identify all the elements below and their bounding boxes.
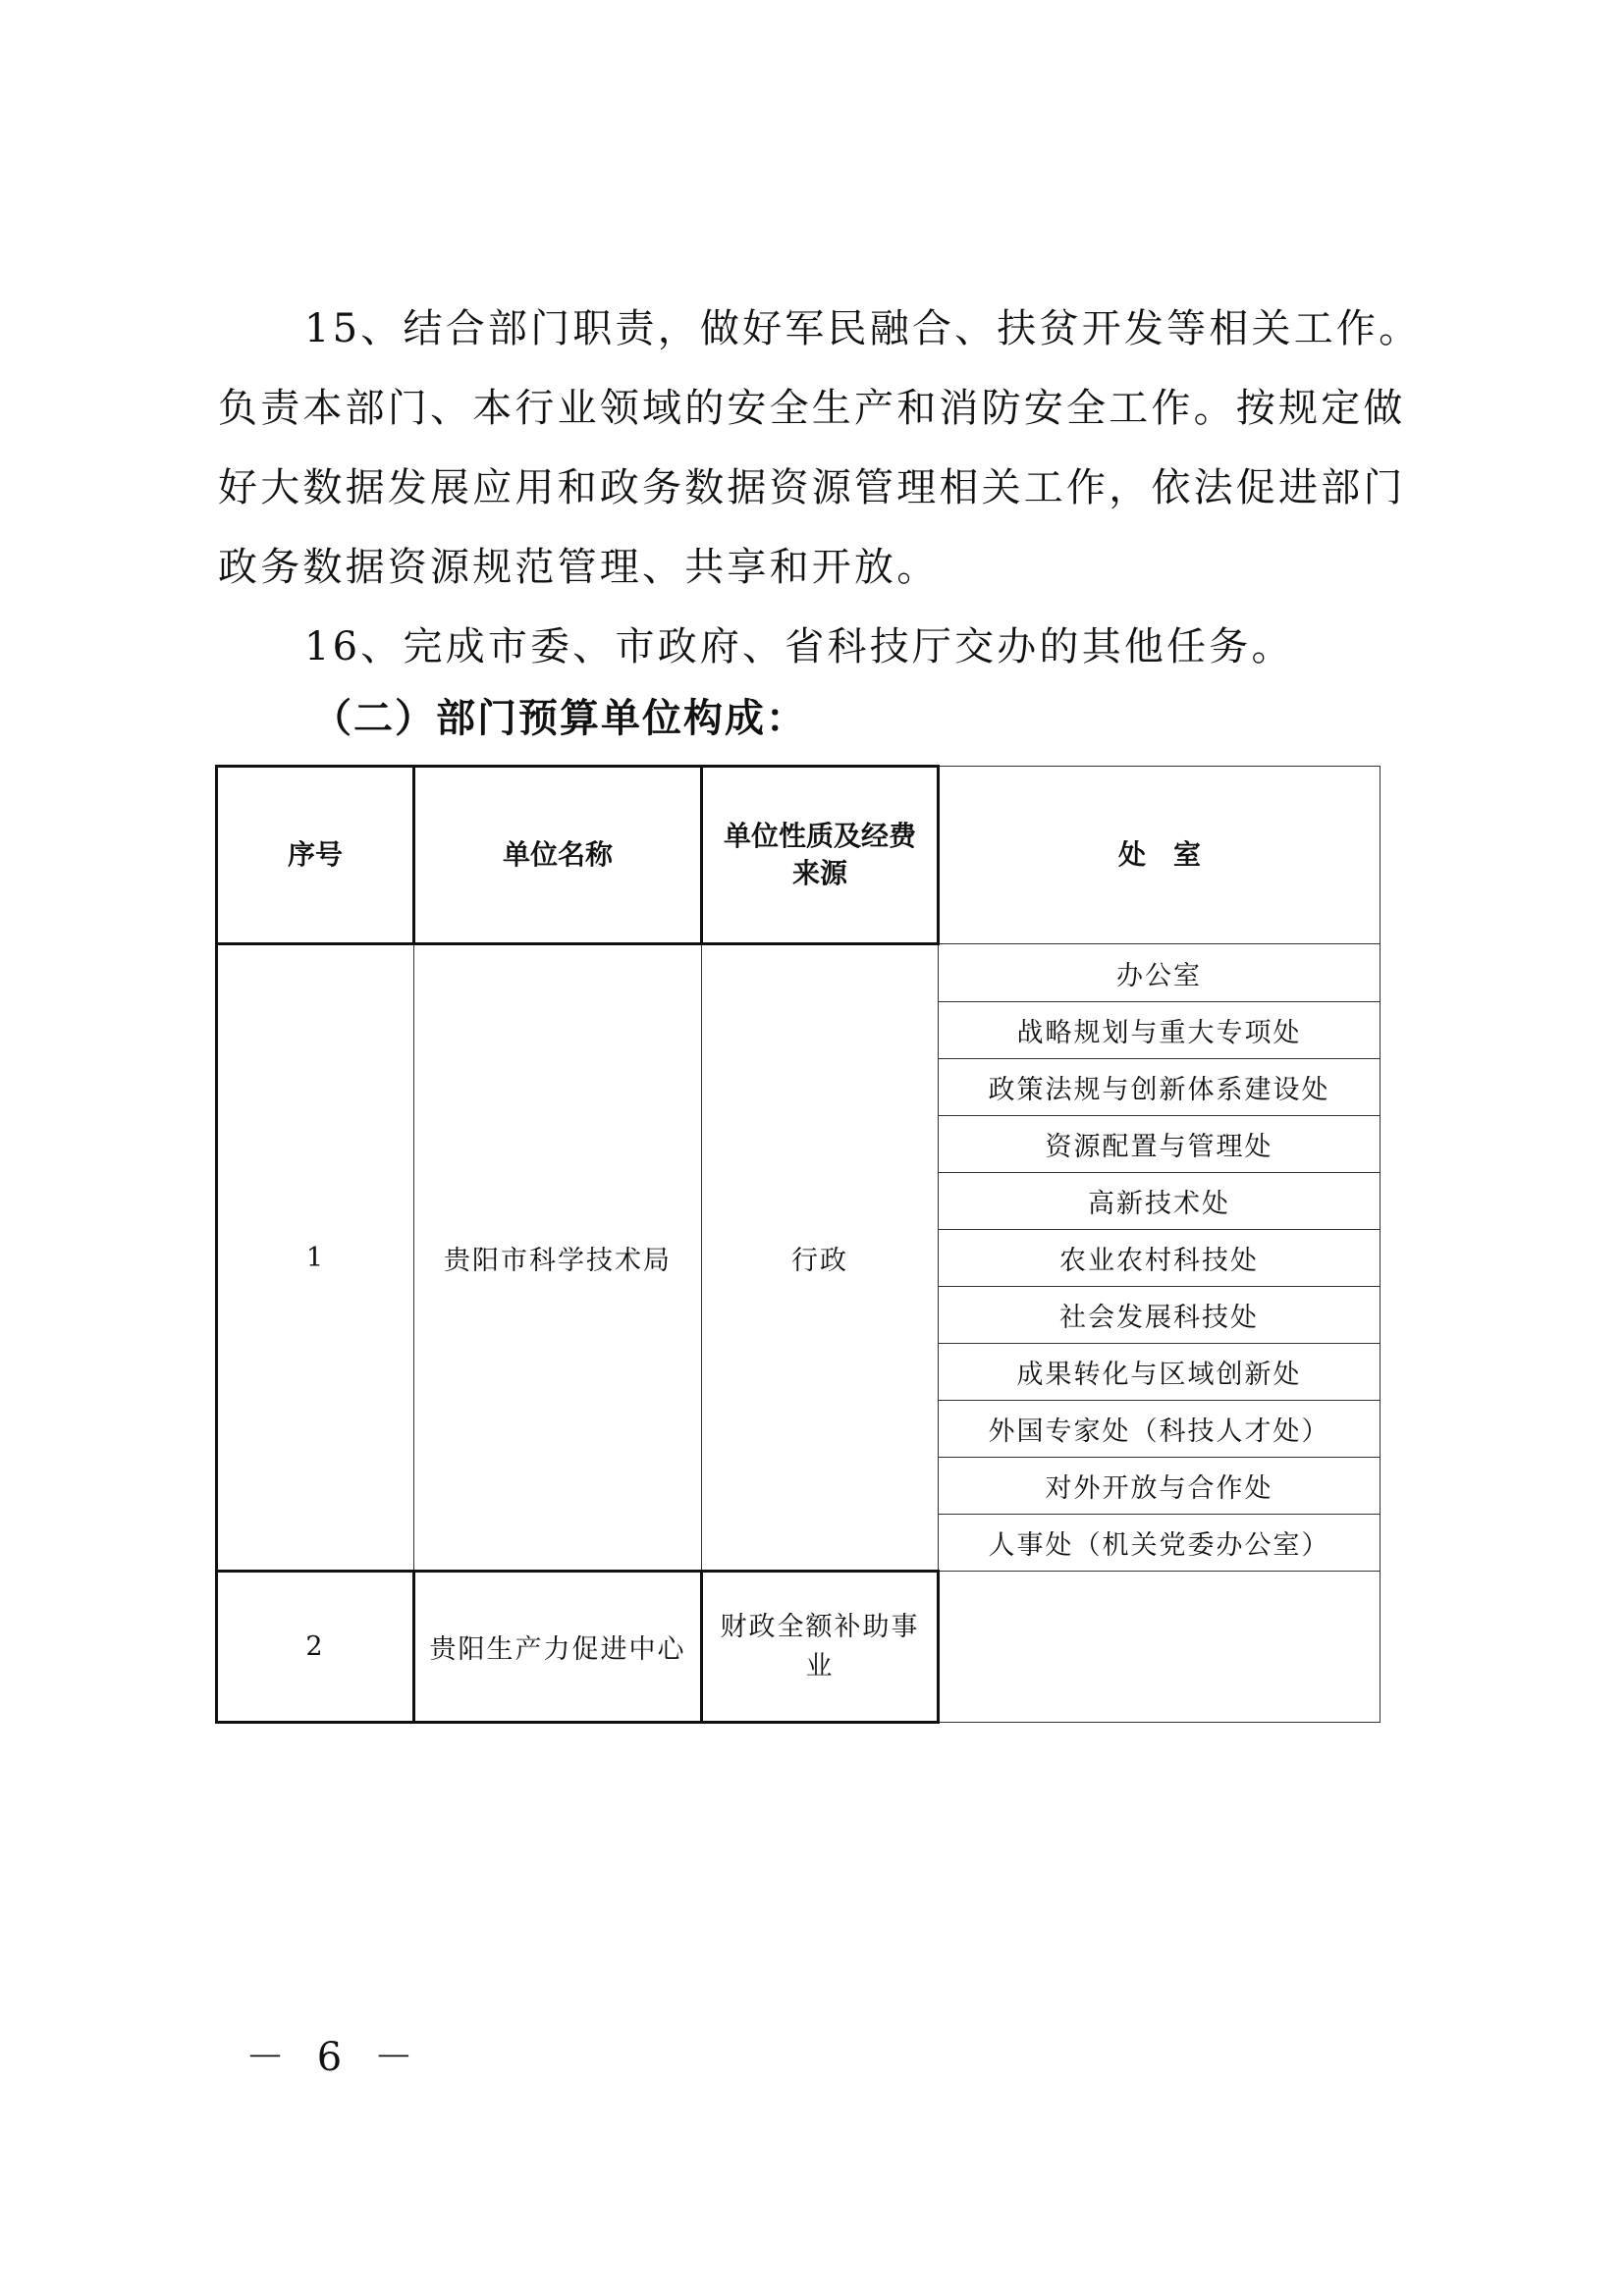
header-index: 序号 xyxy=(217,767,414,944)
header-line: 单位性质及经费 xyxy=(703,818,937,855)
cell-department: 社会发展科技处 xyxy=(939,1287,1380,1344)
cell-index: 2 xyxy=(217,1572,414,1723)
header-line: 来源 xyxy=(703,855,937,892)
cell-department: 对外开放与合作处 xyxy=(939,1458,1380,1515)
cell-index: 1 xyxy=(217,944,414,1572)
cell-unit-name: 贵阳市科学技术局 xyxy=(414,944,702,1572)
table-row: 1 贵阳市科学技术局 行政 办公室 xyxy=(217,944,1380,1002)
cell-department: 战略规划与重大专项处 xyxy=(939,1002,1380,1059)
cell-line: 财政全额补助事 xyxy=(703,1608,937,1647)
text-line: 15、结合部门职责，做好军民融合、扶贫开发等相关工作。 xyxy=(218,290,1435,369)
cell-unit-name: 贵阳生产力促进中心 xyxy=(414,1572,702,1723)
cell-department: 成果转化与区域创新处 xyxy=(939,1344,1380,1401)
table-row: 2 贵阳生产力促进中心 财政全额补助事 业 xyxy=(217,1572,1380,1723)
text-line: 政务数据资源规范管理、共享和开放。 xyxy=(218,528,1435,608)
cell-department: 高新技术处 xyxy=(939,1173,1380,1230)
cell-department: 人事处（机关党委办公室） xyxy=(939,1515,1380,1572)
header-unit-name: 单位名称 xyxy=(414,767,702,944)
cell-department: 办公室 xyxy=(939,944,1380,1002)
header-unit-nature: 单位性质及经费 来源 xyxy=(702,767,939,944)
cell-department: 政策法规与创新体系建设处 xyxy=(939,1059,1380,1116)
item-15-paragraph: 15、结合部门职责，做好军民融合、扶贫开发等相关工作。 负责本部门、本行业领域的… xyxy=(218,290,1435,608)
item-16-paragraph: 16、完成市委、市政府、省科技厅交办的其他任务。 xyxy=(218,608,1435,687)
cell-unit-nature: 财政全额补助事 业 xyxy=(702,1572,939,1723)
cell-department: 农业农村科技处 xyxy=(939,1230,1380,1287)
cell-department: 外国专家处（科技人才处） xyxy=(939,1401,1380,1458)
text-line: 负责本部门、本行业领域的安全生产和消防安全工作。按规定做 xyxy=(218,369,1435,449)
cell-unit-nature: 行政 xyxy=(702,944,939,1572)
section-heading: （二）部门预算单位构成： xyxy=(312,687,807,743)
text-line: 16、完成市委、市政府、省科技厅交办的其他任务。 xyxy=(218,608,1435,687)
header-departments: 处 室 xyxy=(939,767,1380,944)
cell-department-empty xyxy=(939,1572,1380,1723)
cell-line: 业 xyxy=(703,1647,937,1686)
budget-units-table: 序号 单位名称 单位性质及经费 来源 处 室 1 贵阳市科学技术局 行政 办公室… xyxy=(215,765,1380,1724)
page-number: － 6 － xyxy=(245,2026,423,2082)
cell-department: 资源配置与管理处 xyxy=(939,1116,1380,1173)
text-line: 好大数据发展应用和政务数据资源管理相关工作，依法促进部门 xyxy=(218,449,1435,528)
